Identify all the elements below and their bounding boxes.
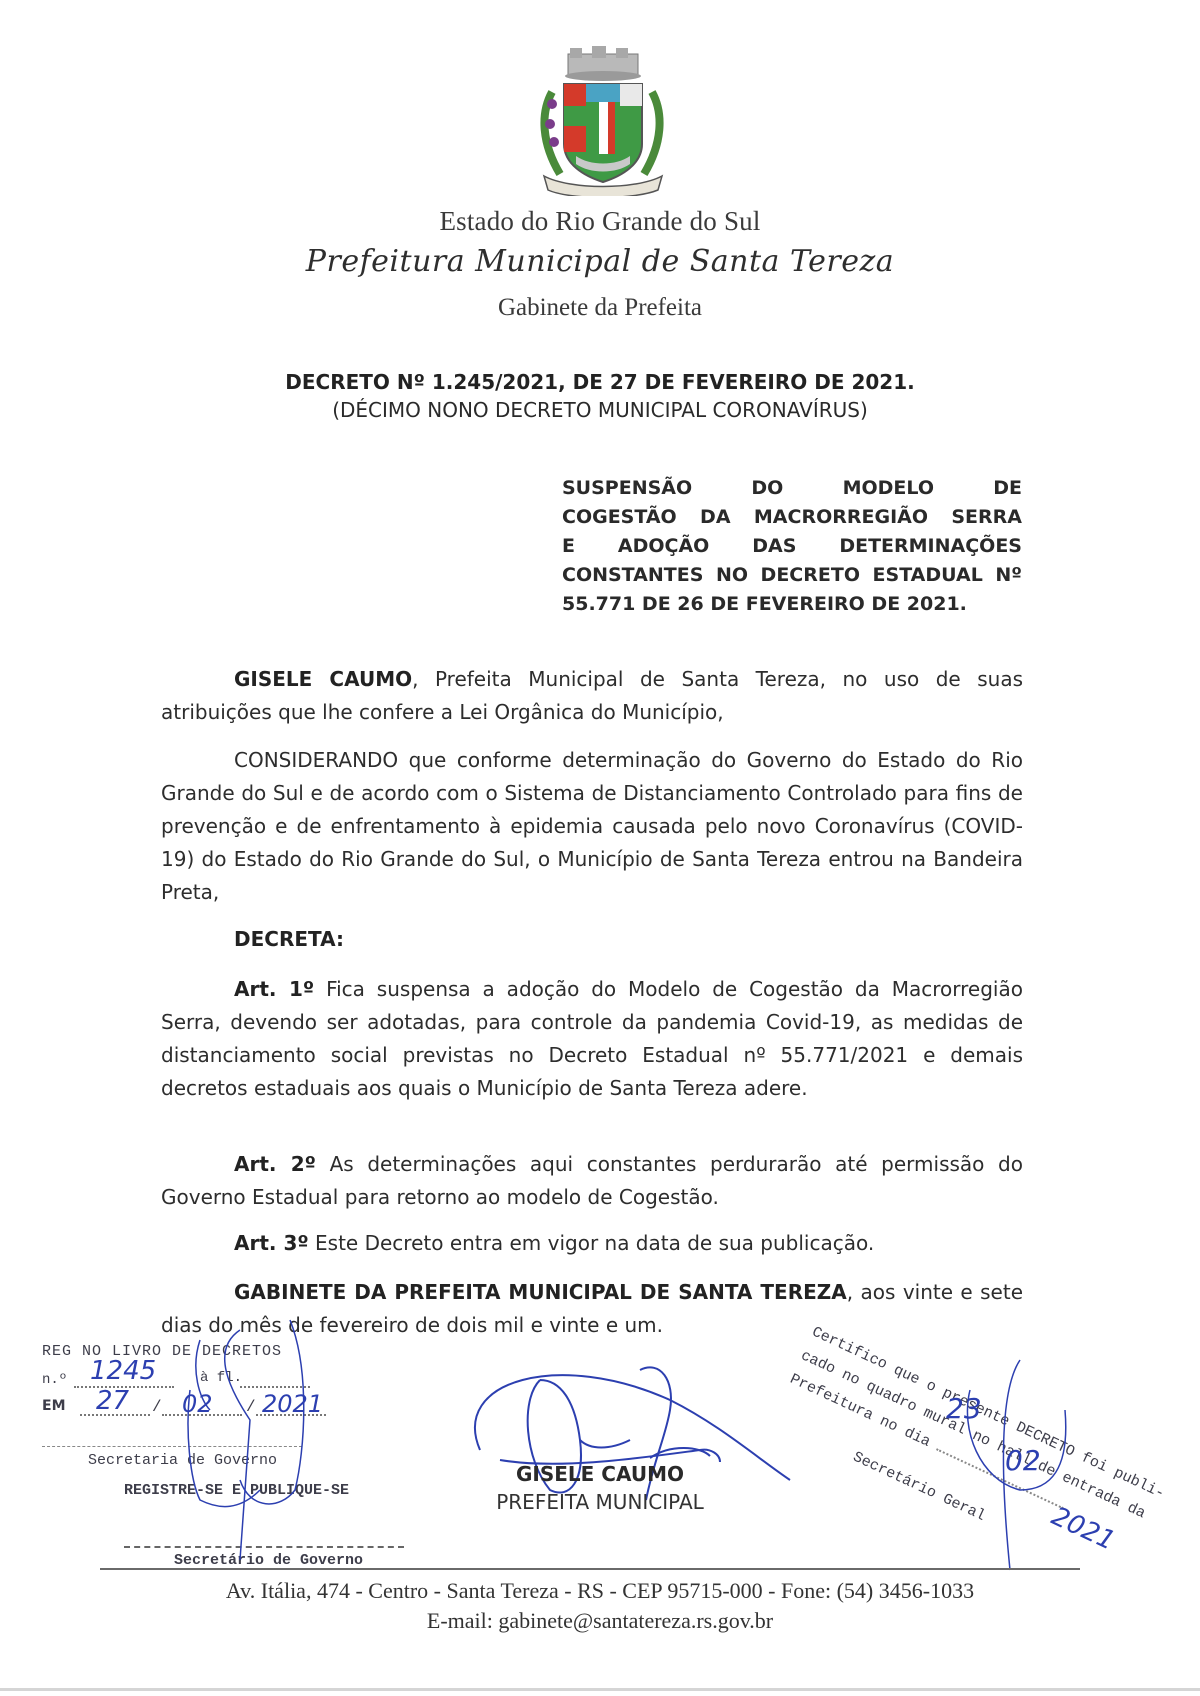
publication-initials-icon <box>940 1350 1120 1580</box>
handwritten-initials-icon <box>40 1310 420 1610</box>
summary-line: 55.771 DE 26 DE FEVEREIRO DE 2021. <box>562 590 1022 619</box>
article-label: Art. 2º <box>234 1152 316 1176</box>
gabinete-name: Gabinete da Prefeita <box>0 294 1200 322</box>
decree-title: DECRETO Nº 1.245/2021, DE 27 DE FEVEREIR… <box>0 370 1200 394</box>
preamble-paragraph: GISELE CAUMO, Prefeita Municipal de Sant… <box>161 663 1023 729</box>
article-3: Art. 3º Este Decreto entra em vigor na d… <box>161 1227 1023 1260</box>
article-2: Art. 2º As determinações aqui constantes… <box>161 1148 1023 1214</box>
footer-email: E-mail: gabinete@santatereza.rs.gov.br <box>0 1608 1200 1634</box>
signer-name: GISELE CAUMO <box>470 1462 730 1486</box>
page-edge <box>0 1688 1200 1691</box>
article-label: Art. 3º <box>234 1231 309 1255</box>
summary-line: E ADOÇÃO DAS DETERMINAÇÕES <box>562 532 1022 561</box>
article-1: Art. 1º Fica suspensa a adoção do Modelo… <box>161 973 1023 1105</box>
article-label: Art. 1º <box>234 977 314 1001</box>
decreta-heading: DECRETA: <box>161 923 1023 956</box>
decree-summary: SUSPENSÃO DO MODELO DE COGESTÃO DA MACRO… <box>562 474 1022 619</box>
signer-role: PREFEITA MUNICIPAL <box>470 1490 730 1514</box>
footer-divider <box>100 1568 1080 1570</box>
state-name: Estado do Rio Grande do Sul <box>0 206 1200 237</box>
mayor-name: GISELE CAUMO <box>234 667 412 691</box>
summary-line: CONSTANTES NO DECRETO ESTADUAL Nº <box>562 561 1022 590</box>
coat-of-arms-icon <box>530 44 670 196</box>
decree-subtitle: (DÉCIMO NONO DECRETO MUNICIPAL CORONAVÍR… <box>0 398 1200 422</box>
summary-line: SUSPENSÃO DO MODELO DE <box>562 474 1022 503</box>
footer-address: Av. Itália, 474 - Centro - Santa Tereza … <box>0 1578 1200 1604</box>
prefeitura-name: Prefeitura Municipal de Santa Tereza <box>0 244 1200 279</box>
considerando-paragraph: CONSIDERANDO que conforme determinação d… <box>161 744 1023 909</box>
summary-line: COGESTÃO DA MACRORREGIÃO SERRA <box>562 503 1022 532</box>
